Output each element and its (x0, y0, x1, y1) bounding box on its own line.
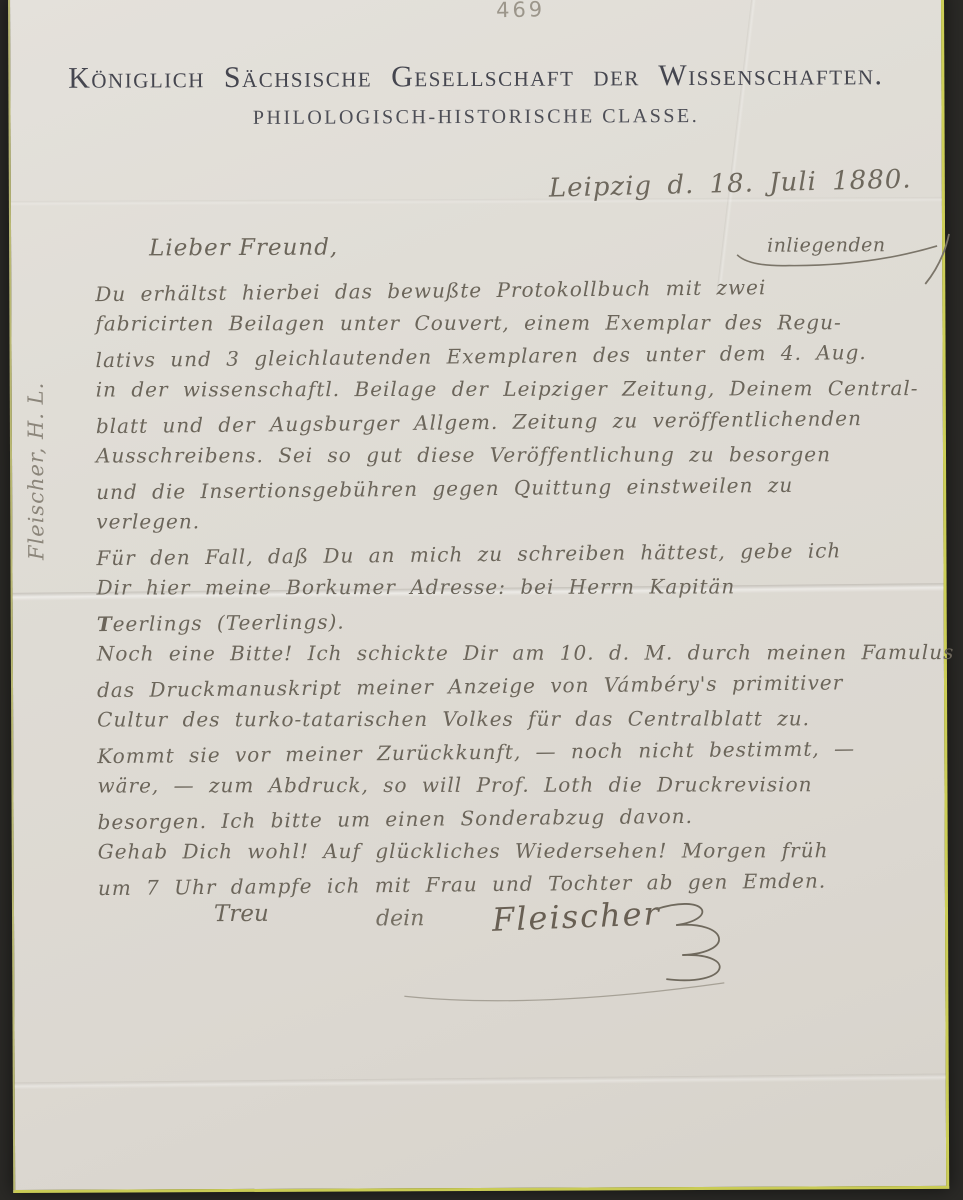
archival-number: 469 (496, 0, 546, 22)
handwritten-line: Kommt sie vor meiner Zurückkunft, — noch… (97, 731, 932, 773)
closing-word-treu: Treu (214, 901, 269, 927)
dateline: Leipzig d. 18. Juli 1880. (549, 164, 930, 204)
handwritten-line: fabricirten Beilagen unter Couvert, eine… (95, 306, 930, 340)
handwritten-line: Für den Fall, daß Du an mich zu schreibe… (96, 533, 931, 575)
fold-crease-top (11, 197, 942, 206)
handwritten-line: in der wissenschaftl. Beilage der Leipzi… (96, 372, 931, 406)
letterhead-society-name: Königlich Sächsische Gesellschaft der Wi… (10, 58, 941, 96)
letter-paper: 469 Königlich Sächsische Gesellschaft de… (8, 0, 949, 1193)
handwritten-line: und die Insertionsgebühren gegen Quittun… (96, 467, 931, 509)
handwritten-line: Dir hier meine Borkumer Adresse: bei Her… (97, 570, 932, 604)
closing-block: Treu dein Fleischer (14, 890, 963, 1034)
handwritten-line: Gehab Dich wohl! Auf glückliches Wieders… (98, 834, 933, 868)
handwritten-line: verlegen. (96, 504, 931, 538)
handwritten-line: wäre, — zum Abdruck, so will Prof. Loth … (97, 768, 932, 802)
signature-underline-path (404, 983, 724, 1001)
signature-flourish (394, 891, 755, 1023)
letterhead: Königlich Sächsische Gesellschaft der Wi… (10, 58, 941, 131)
salutation: Lieber Freund, (149, 235, 338, 262)
signature-squiggle-path (656, 904, 720, 981)
margin-annotation-author-name: Fleischer, H. L. (23, 336, 64, 606)
handwritten-line: blatt und der Augsburger Allgem. Zeitung… (96, 401, 931, 443)
handwritten-line: Ausschreibens. Sei so gut diese Veröffen… (96, 438, 931, 472)
handwritten-line: Du erhältst hierbei das bewußte Protokol… (95, 269, 930, 311)
handwritten-line: das Druckmanuskript meiner Anzeige von V… (97, 665, 932, 707)
handwritten-line-address: Teerlings (Teerlings). (97, 599, 932, 641)
handwritten-line: besorgen. Ich bitte um einen Sonderabzug… (97, 797, 932, 839)
letterhead-class-name: PHILOLOGISCH-HISTORISCHE CLASSE. (10, 104, 941, 131)
fold-crease-bottom (15, 1073, 946, 1089)
handwritten-line: Noch eine Bitte! Ich schickte Dir am 10.… (97, 636, 932, 670)
handwritten-line: Cultur des turko-tatarischen Volkes für … (97, 702, 932, 736)
handwritten-line: lativs und 3 gleichlautenden Exemplaren … (95, 335, 930, 377)
insertion-underline-path (737, 246, 937, 266)
scan-background: { "scan": { "background_color": "#2a2926… (0, 0, 963, 1200)
letter-body: Du erhältst hierbei das bewußte Protokol… (95, 272, 933, 903)
